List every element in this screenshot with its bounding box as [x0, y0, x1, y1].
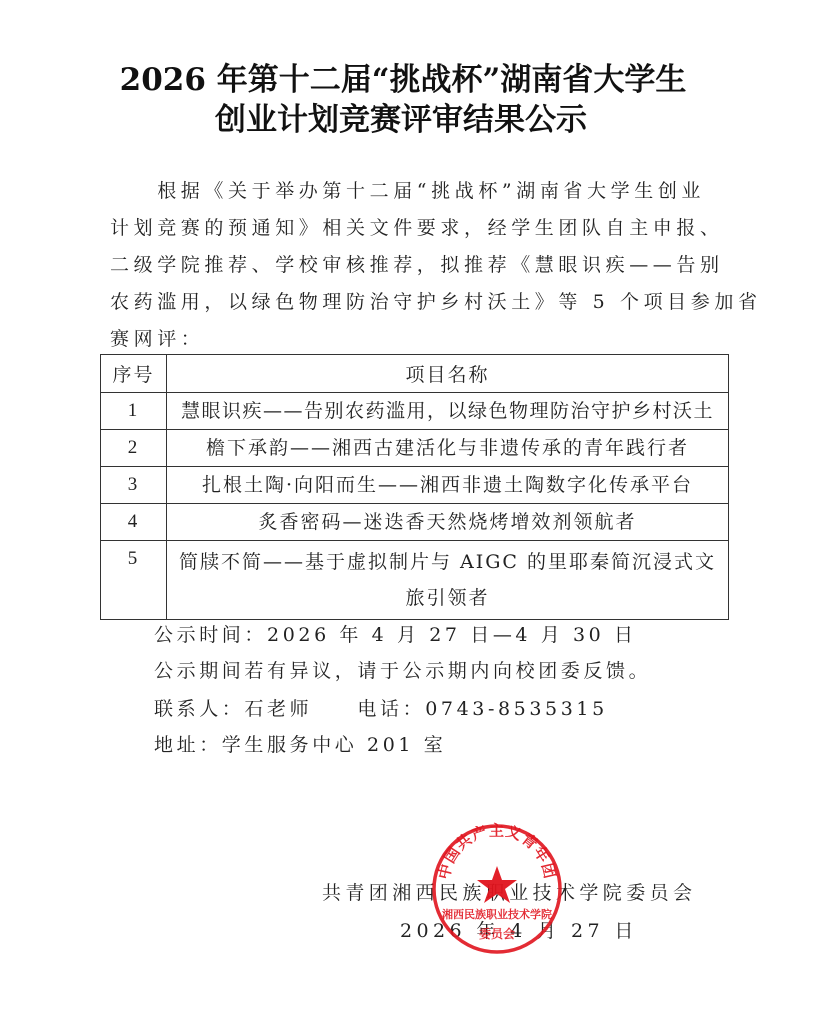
document-title-line-1: 2026 年第十二届“挑战杯”湖南省大学生 [0, 60, 810, 100]
body-line: 二级学院推荐、学校审核推荐，拟推荐《慧眼识疾——告别 [110, 247, 724, 284]
row-number: 5 [101, 541, 167, 620]
seal-bottom-text: 委员会 [479, 926, 515, 941]
body-line: 根据《关于举办第十二届“挑战杯”湖南省大学生创业 [110, 173, 705, 210]
project-table: 序号 项目名称 1 慧眼识疾——告别农药滥用，以绿色物理防治守护乡村沃土 2 檐… [100, 354, 729, 620]
row-number: 4 [101, 504, 167, 541]
project-name: 扎根土陶·向阳而生——湘西非遗土陶数字化传承平台 [167, 467, 729, 504]
table-row: 2 檐下承韵——湘西古建活化与非遗传承的青年践行者 [101, 430, 729, 467]
column-header-project-name: 项目名称 [167, 355, 729, 393]
document-title-line-2: 创业计划竞赛评审结果公示 [0, 100, 808, 140]
project-name: 简牍不简——基于虚拟制片与 AIGC 的里耶秦简沉浸式文旅引领者 [167, 541, 729, 620]
table-row: 4 炙香密码—迷迭香天然烧烤增效剂领航者 [101, 504, 729, 541]
objection-notice: 公示期间若有异议，请于公示期内向校团委反馈。 [154, 653, 651, 690]
table-row: 1 慧眼识疾——告别农药滥用，以绿色物理防治守护乡村沃土 [101, 393, 729, 430]
table-header-row: 序号 项目名称 [101, 355, 729, 393]
contact-info: 联系人：石老师 电话：0743-8535315 [154, 691, 608, 728]
project-name: 炙香密码—迷迭香天然烧烤增效剂领航者 [167, 504, 729, 541]
project-name: 檐下承韵——湘西古建活化与非遗传承的青年践行者 [167, 430, 729, 467]
row-number: 3 [101, 467, 167, 504]
column-header-number: 序号 [101, 355, 167, 393]
table-row: 3 扎根土陶·向阳而生——湘西非遗土陶数字化传承平台 [101, 467, 729, 504]
row-number: 1 [101, 393, 167, 430]
official-seal-icon: 中国共产主义青年团 湘西民族职业技术学院 委员会 [430, 822, 564, 956]
project-name: 慧眼识疾——告别农药滥用，以绿色物理防治守护乡村沃土 [167, 393, 729, 430]
table-row: 5 简牍不简——基于虚拟制片与 AIGC 的里耶秦简沉浸式文旅引领者 [101, 541, 729, 620]
seal-middle-text: 湘西民族职业技术学院 [442, 907, 552, 921]
publicity-period: 公示时间：2026 年 4 月 27 日—4 月 30 日 [154, 617, 637, 654]
body-line: 赛网评： [110, 321, 204, 358]
body-line: 农药滥用，以绿色物理防治守护乡村沃土》等 5 个项目参加省 [110, 284, 762, 321]
address-info: 地址：学生服务中心 201 室 [154, 727, 446, 764]
row-number: 2 [101, 430, 167, 467]
body-line: 计划竞赛的预通知》相关文件要求，经学生团队自主申报、 [110, 210, 724, 247]
